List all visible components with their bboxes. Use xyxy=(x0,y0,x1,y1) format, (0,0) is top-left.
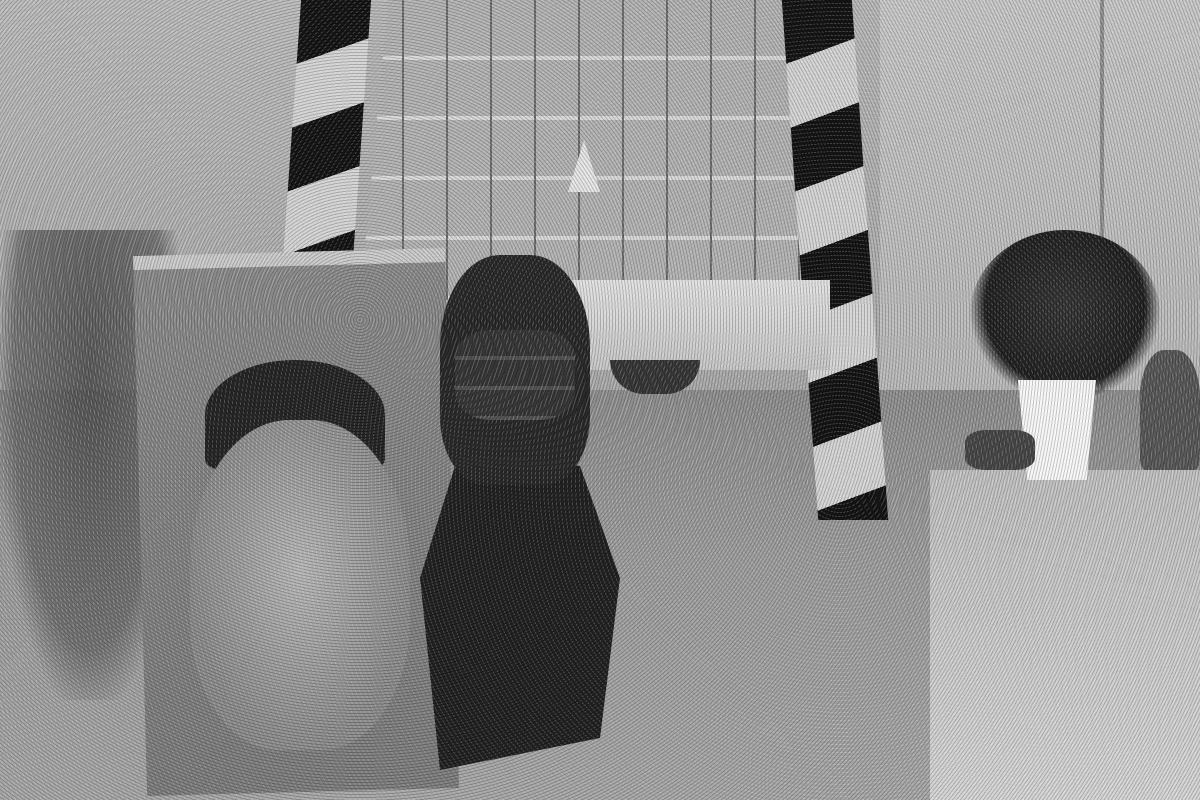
film-grain-overlay xyxy=(0,0,1200,800)
photograph xyxy=(0,0,1200,800)
